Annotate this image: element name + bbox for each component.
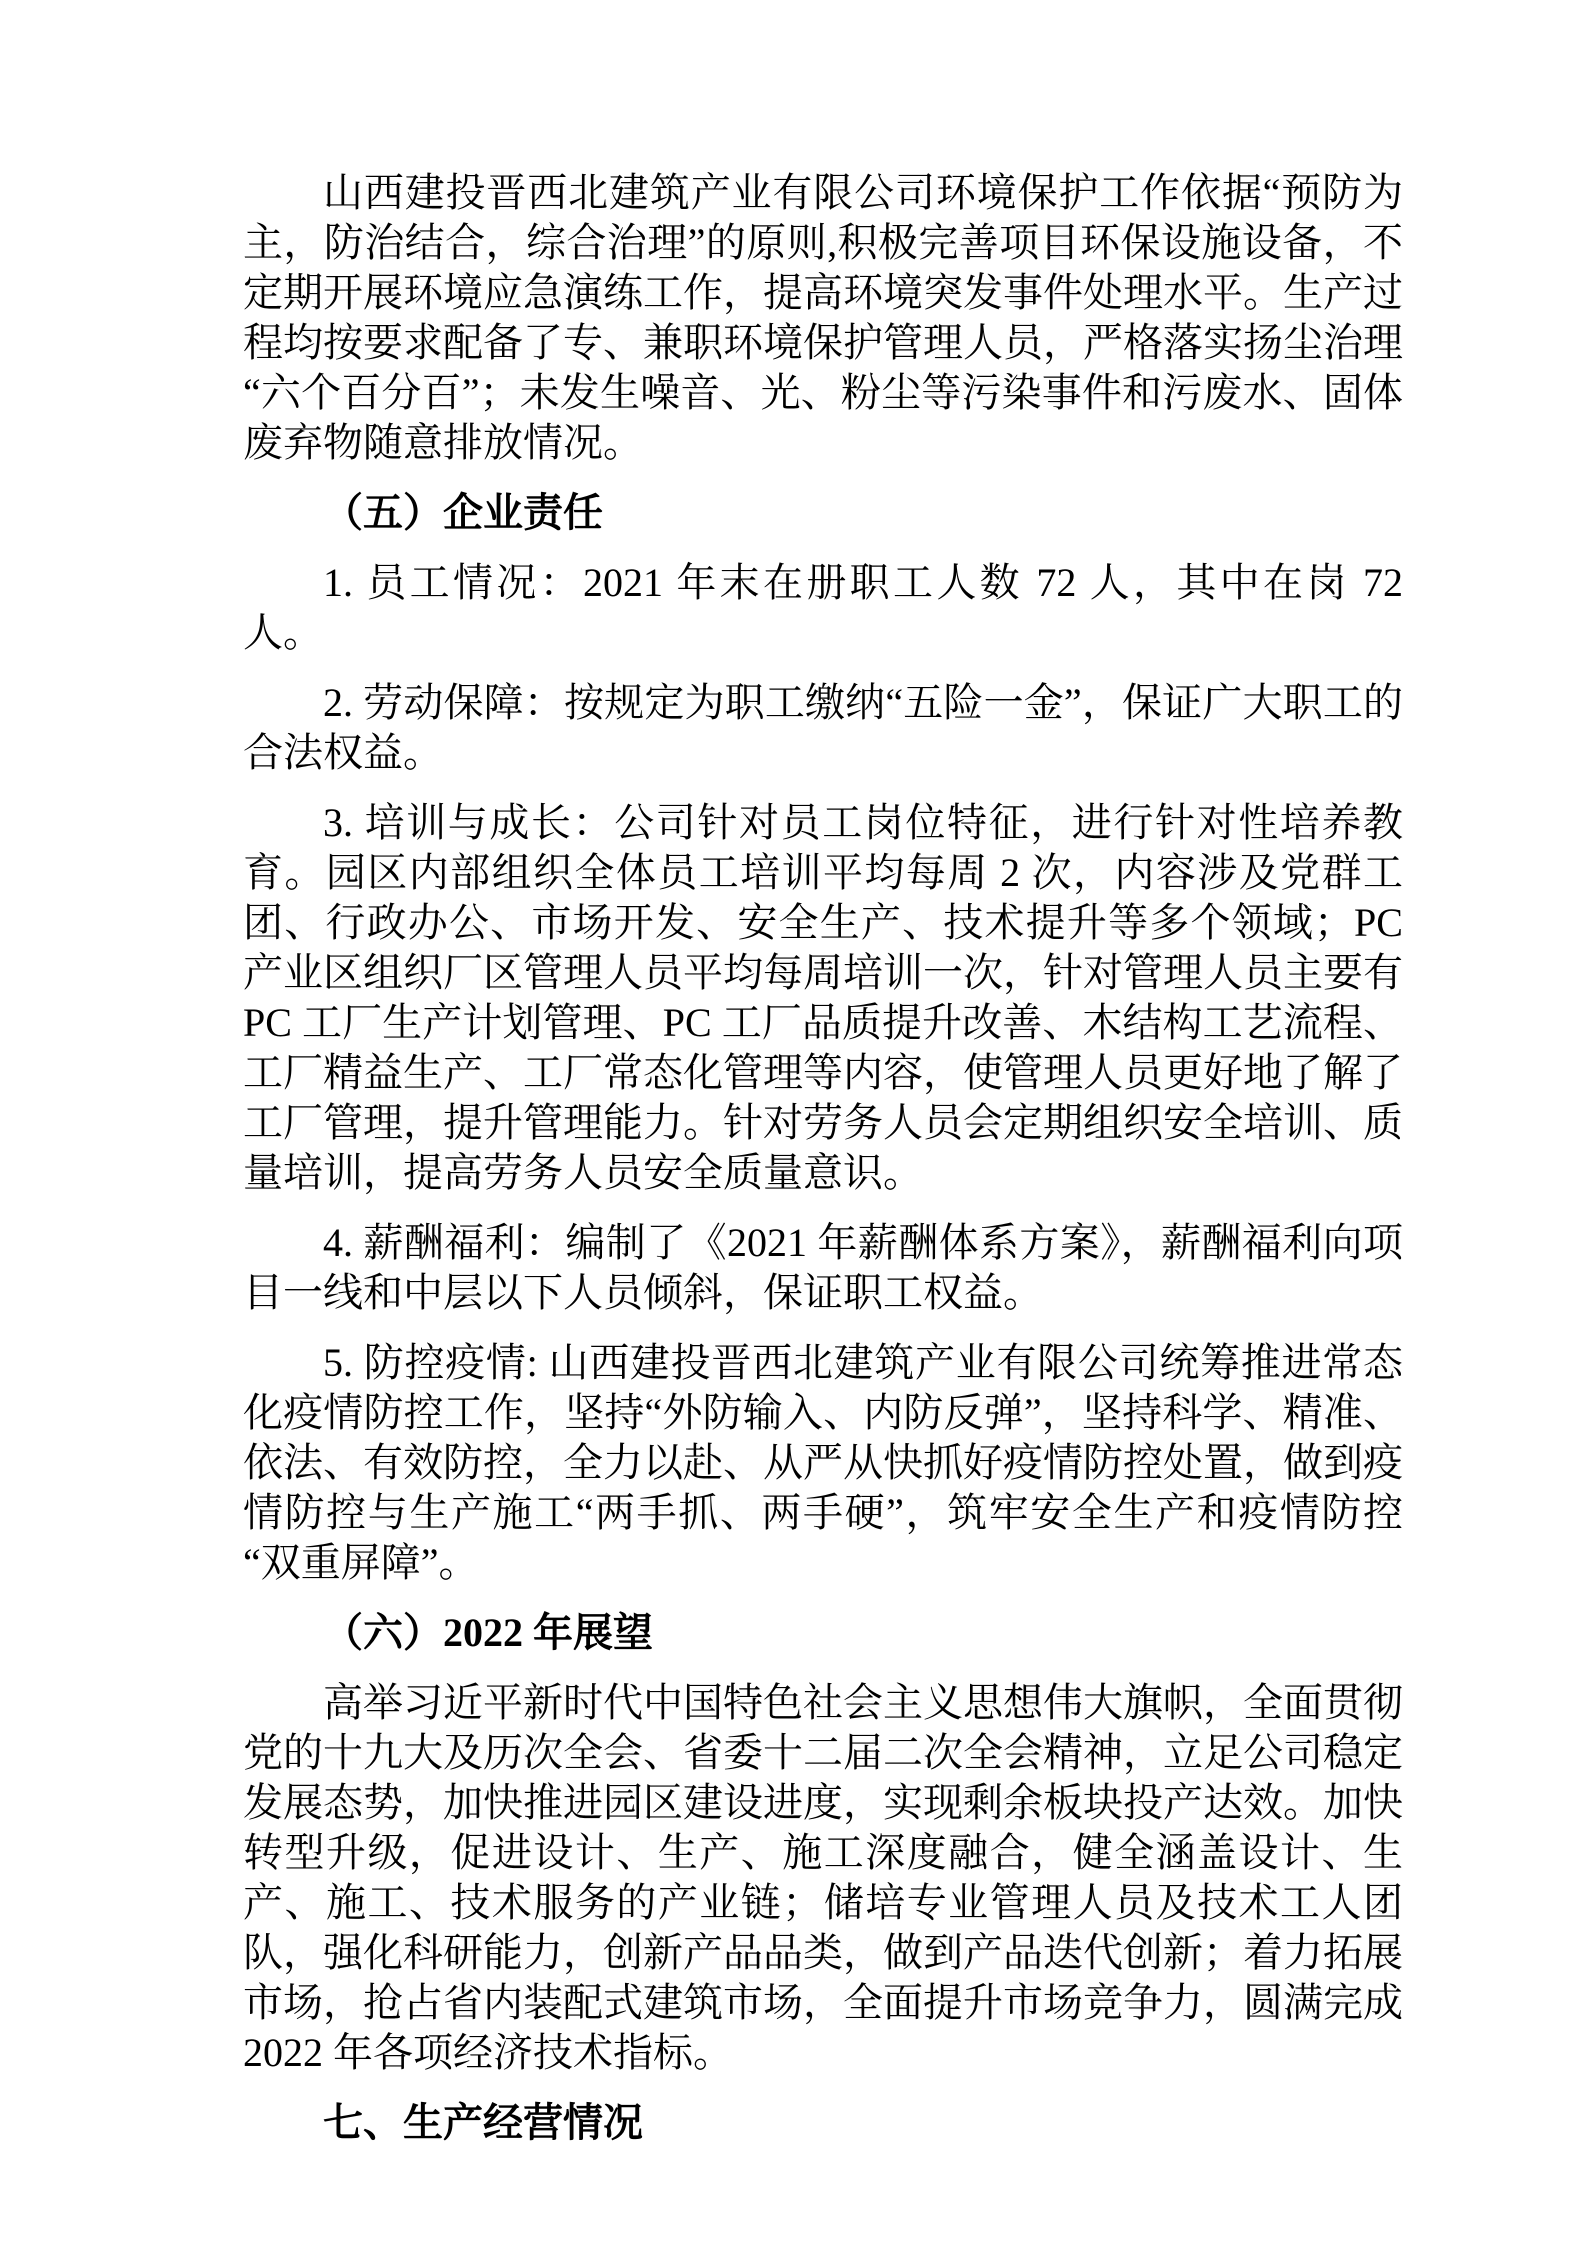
section-heading: （六）2022 年展望 xyxy=(243,1608,1403,1658)
body-paragraph: 高举习近平新时代中国特色社会主义思想伟大旗帜，全面贯彻党的十九大及历次全会、省委… xyxy=(243,1678,1403,2078)
body-paragraph: 1. 员工情况：2021 年末在册职工人数 72 人，其中在岗 72 人。 xyxy=(243,558,1403,658)
section-heading: 七、生产经营情况 xyxy=(243,2098,1403,2148)
section-heading: （五）企业责任 xyxy=(243,488,1403,538)
body-paragraph: 山西建投晋西北建筑产业有限公司环境保护工作依据“预防为主，防治结合，综合治理”的… xyxy=(243,168,1403,468)
body-paragraph: 2. 劳动保障：按规定为职工缴纳“五险一金”，保证广大职工的合法权益。 xyxy=(243,678,1403,778)
body-paragraph: 4. 薪酬福利：编制了《2021 年薪酬体系方案》，薪酬福利向项目一线和中层以下… xyxy=(243,1218,1403,1318)
body-paragraph: 5. 防控疫情: 山西建投晋西北建筑产业有限公司统筹推进常态化疫情防控工作，坚持… xyxy=(243,1338,1403,1588)
document-page: 山西建投晋西北建筑产业有限公司环境保护工作依据“预防为主，防治结合，综合治理”的… xyxy=(243,168,1403,2168)
body-paragraph: 3. 培训与成长：公司针对员工岗位特征，进行针对性培养教育。园区内部组织全体员工… xyxy=(243,798,1403,1198)
